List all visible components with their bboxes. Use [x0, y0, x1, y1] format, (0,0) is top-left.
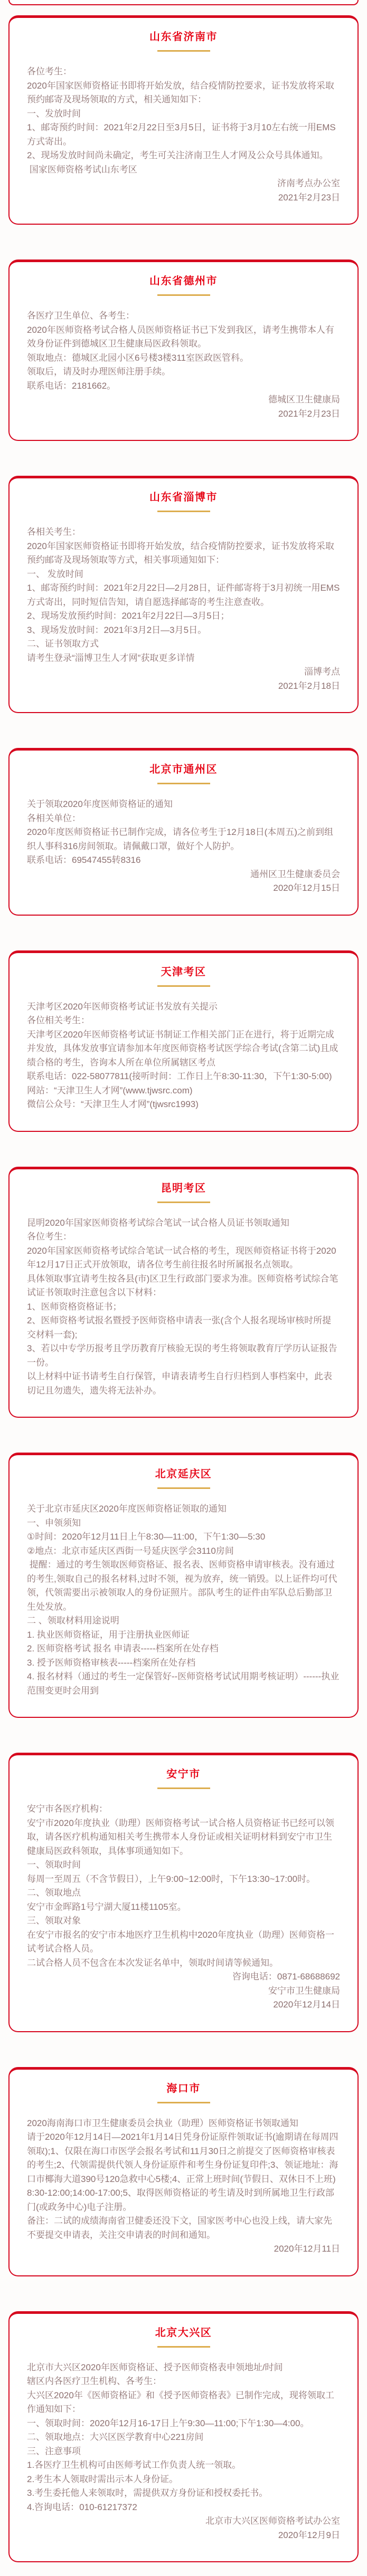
card-body: 北京市大兴区2020年医师资格证、授予医师资格表申领地址/时间辖区内各医疗卫生机… — [27, 2361, 340, 2543]
notice-paragraph: 关于北京市延庆区2020年度医师资格证领取的通知 — [27, 1502, 340, 1516]
notice-paragraph: 1、邮寄预约时间：2021年2月22日—2月28日，证件邮寄将于3月初统一用EM… — [27, 581, 340, 609]
notice-card: 山东省淄博市 各相关考生：2020年国家医师资格证书即将开始发放，结合疫情防控要… — [8, 476, 359, 713]
title-divider — [157, 294, 210, 296]
signature-line: 德城区卫生健康局 — [27, 393, 340, 407]
notice-paragraph: 2020年国家医师资格证书即将开始发放，结合疫情防控要求，证书发放将采取预约邮寄… — [27, 540, 340, 568]
signature-line: 2021年2月23日 — [27, 191, 340, 205]
notice-paragraph: 2、现场发放时间尚未确定，考生可关注济南卫生人才网及公众号具体通知。 — [27, 149, 340, 163]
title-divider — [157, 511, 210, 512]
title-divider — [157, 1487, 210, 1489]
notice-paragraph: 2020年国家医师资格考试综合笔试一试合格的考生，现医师资格证书将于2020年1… — [27, 1244, 340, 1272]
signature-line: 北京市大兴区医师资格考试办公室 — [27, 2514, 340, 2529]
notice-paragraph: 安宁市2020年度执业（助理）医师资格考试一试合格人员资格证书已经可以领取，请各… — [27, 1816, 340, 1859]
notice-paragraph: 领取地点：德城区北园小区6号楼3楼311室医政医管科。 — [27, 351, 340, 366]
notice-paragraph: 微信公众号：“天津卫生人才网”(tjwsrc1993) — [27, 1098, 340, 1112]
card-title: 北京延庆区 — [27, 1468, 340, 1481]
signature-line: 2020年12月9日 — [27, 2529, 340, 2543]
notice-paragraph: 二 、领取材料用途说明 — [27, 1614, 340, 1628]
notice-paragraph: 北京市大兴区2020年医师资格证、授予医师资格表申领地址/时间 — [27, 2361, 340, 2375]
card-title: 山东省济南市 — [27, 31, 340, 43]
notice-paragraph: 一、 发放时间 — [27, 568, 340, 582]
card-title: 昆明考区 — [27, 1182, 340, 1195]
notice-paragraph: 二、证书领取方式 — [27, 637, 340, 651]
notice-paragraph: 提醒：通过的考生领取医师资格证、报名表、医师资格申请审核表。没有通过的考生,领取… — [27, 1558, 340, 1614]
notice-card: 天津考区 天津考区2020年医师资格考试证书发放有关提示各位相关考生：天津考区2… — [8, 950, 359, 1132]
title-divider — [157, 783, 210, 784]
signature-line: 2021年2月23日 — [27, 407, 340, 421]
notice-paragraph: 1.各医疗卫生机构可由医师考试工作负责人统一领取。 — [27, 2458, 340, 2473]
notice-paragraph: 二试合格人员不包含在本次发证名单中，领取时间请等候通知。 — [27, 1956, 340, 1971]
notice-paragraph: 关于领取2020年度医师资格证的通知 — [27, 797, 340, 812]
card-body: 各位考生：2020年国家医师资格证书即将开始发放，结合疫情防控要求，证书发放将采… — [27, 65, 340, 205]
notice-card: 北京大兴区 北京市大兴区2020年医师资格证、授予医师资格表申领地址/时间辖区内… — [8, 2311, 359, 2563]
notice-paragraph: 昆明2020年国家医师资格考试综合笔试一试合格人员证书领取通知 — [27, 1216, 340, 1231]
card-body: 各相关考生：2020年国家医师资格证书即将开始发放，结合疫情防控要求，证书发放将… — [27, 525, 340, 693]
title-divider — [157, 2346, 210, 2348]
notice-paragraph: 联系电话：2181662。 — [27, 379, 340, 393]
cards-container: 山东省济南市 各位考生：2020年国家医师资格证书即将开始发放，结合疫情防控要求… — [0, 15, 367, 2562]
notice-paragraph: 4.咨询电话：010-61217372 — [27, 2501, 340, 2515]
notice-paragraph: 各相关单位： — [27, 812, 340, 826]
notice-paragraph: ②地点：北京市延庆区西街一号延庆医学会3110房间 — [27, 1544, 340, 1559]
card-body: 昆明2020年国家医师资格考试综合笔试一试合格人员证书领取通知各位考生：2020… — [27, 1216, 340, 1398]
notice-paragraph: 3. 授予医师资格审核表-----档案所在处存档 — [27, 1656, 340, 1670]
notice-paragraph: 三、领取对象 — [27, 1914, 340, 1928]
notice-paragraph: 各位考生： — [27, 65, 340, 79]
notice-paragraph: 一、领取时间 — [27, 1858, 340, 1872]
notice-card: 北京延庆区 关于北京市延庆区2020年度医师资格证领取的通知一、申领须知①时间：… — [8, 1453, 359, 1718]
signature-line: 通州区卫生健康委员会 — [27, 868, 340, 882]
card-body: 各医疗卫生单位、各考生：2020年医师资格考试合格人员医师资格证书已下发到我区，… — [27, 309, 340, 421]
notice-card: 安宁市 安宁市各医疗机构：安宁市2020年度执业（助理）医师资格考试一试合格人员… — [8, 1753, 359, 2032]
card-title: 山东省德州市 — [27, 275, 340, 287]
notice-paragraph: 2020年国家医师资格证书即将开始发放，结合疫情防控要求，证书发放将采取预约邮寄… — [27, 79, 340, 107]
notice-paragraph: 安宁市各医疗机构： — [27, 1802, 340, 1816]
signature-line: 2020年12月11日 — [27, 2242, 340, 2256]
notice-paragraph: 联系电话：022-58077811(接听时间：工作日上午8:30-11:30，下… — [27, 1070, 340, 1084]
notice-paragraph: 请考生登录“淄博卫生人才网”获取更多详情 — [27, 651, 340, 666]
notice-paragraph: 请于2020年12月14日—2021年1月14日凭身份证原件领取证书(逾期请在每… — [27, 2130, 340, 2214]
card-body: 关于领取2020年度医师资格证的通知各相关单位：2020年度医师资格证书已制作完… — [27, 797, 340, 896]
notice-paragraph: 各医疗卫生单位、各考生： — [27, 309, 340, 323]
card-body: 关于北京市延庆区2020年度医师资格证领取的通知一、申领须知①时间：2020年1… — [27, 1502, 340, 1698]
notice-paragraph: 4. 报名材料（通过的考生一定保管好--医师资格考试试用期考核证明）------… — [27, 1670, 340, 1698]
notice-paragraph: 网站：“天津卫生人才网”(www.tjwsrc.com) — [27, 1084, 340, 1098]
notice-paragraph: 各位相关考生： — [27, 1014, 340, 1028]
signature-line: 淄博考点 — [27, 665, 340, 679]
notice-card: 山东省德州市 各医疗卫生单位、各考生：2020年医师资格考试合格人员医师资格证书… — [8, 259, 359, 441]
card-title: 安宁市 — [27, 1768, 340, 1781]
notice-paragraph: 天津考区2020年医师资格考试证书发放有关提示 — [27, 1000, 340, 1014]
title-divider — [157, 1202, 210, 1203]
notice-paragraph: 1、邮寄预约时间：2021年2月22日至3月5日，证书将于3月10左右统一用EM… — [27, 121, 340, 149]
notice-page: 山东省济南市 各位考生：2020年国家医师资格证书即将开始发放，结合疫情防控要求… — [0, 0, 367, 2576]
notice-paragraph: 每周一至周五（不含节假日），上午9:00~12:00时，下午13:30~17:0… — [27, 1872, 340, 1887]
signature-line: 2021年2月18日 — [27, 679, 340, 694]
signature-line: 安宁市卫生健康局 — [27, 1984, 340, 1998]
card-body: 2020海南海口市卫生健康委员会执业（助理）医师资格证书领取通知请于2020年1… — [27, 2117, 340, 2256]
notice-paragraph: 2. 医师资格考试 报名 申请表-----档案所在处存档 — [27, 1642, 340, 1656]
signature-line: 2020年12月15日 — [27, 881, 340, 896]
notice-paragraph: 3.考生委托他人来领取时，需提供双方身份证和授权委托书。 — [27, 2486, 340, 2501]
notice-paragraph: 辖区内各医疗卫生机构、各考生： — [27, 2375, 340, 2389]
card-body: 天津考区2020年医师资格考试证书发放有关提示各位相关考生：天津考区2020年医… — [27, 1000, 340, 1112]
notice-card: 海口市 2020海南海口市卫生健康委员会执业（助理）医师资格证书领取通知请于20… — [8, 2067, 359, 2276]
notice-paragraph: 二、领取地点：大兴区医学教育中心221房间 — [27, 2430, 340, 2445]
notice-paragraph: 大兴区2020年《医师资格证》和《授予医师资格表》已制作完成，现将领取工作通知如… — [27, 2389, 340, 2417]
notice-paragraph: 各位考生： — [27, 1230, 340, 1244]
previous-card-bottom-edge — [8, 0, 359, 5]
notice-paragraph: 一、发放时间 — [27, 107, 340, 121]
notice-paragraph: 安宁市金晖路1号宁湖大厦11楼1105室。 — [27, 1900, 340, 1915]
notice-paragraph: 备注：二试的成绩海南省卫健委还没下文，国家医考中心也没上线，请大家先不要提交申请… — [27, 2214, 340, 2242]
notice-paragraph: 2020年医师资格考试合格人员医师资格证书已下发到我区，请考生携带本人有效身份证… — [27, 323, 340, 351]
notice-paragraph: 2020年度医师资格证书已制作完成，请各位考生于12月18日(本周五)之前到组织… — [27, 825, 340, 853]
notice-paragraph: 国家医师资格考试山东考区 — [27, 163, 340, 177]
title-divider — [157, 2102, 210, 2103]
notice-card: 山东省济南市 各位考生：2020年国家医师资格证书即将开始发放，结合疫情防控要求… — [8, 15, 359, 225]
title-divider — [157, 1787, 210, 1789]
notice-paragraph: 以上材料中证书请考生自行保管，申请表请考生自行归档到人事档案中，此表切记且勿遗失… — [27, 1370, 340, 1398]
notice-paragraph: 1、医师资格资格证书； — [27, 1300, 340, 1314]
card-title: 山东省淄博市 — [27, 491, 340, 504]
notice-paragraph: 一、领取时间：2020年12月16-17日上午9:30—11:00;下午1:30… — [27, 2417, 340, 2431]
notice-paragraph: 天津考区2020年医师资格考试证书制证工作相关部门正在进行，将于近期完成并发放，… — [27, 1028, 340, 1070]
card-title: 海口市 — [27, 2082, 340, 2095]
notice-paragraph: 1. 执业医师资格证，用于注册执业医师证 — [27, 1628, 340, 1642]
notice-paragraph: 2、医师资格考试报名暨授予医师资格申请表一张(含个人报名现场审核时所提交材料一套… — [27, 1314, 340, 1342]
card-body: 安宁市各医疗机构：安宁市2020年度执业（助理）医师资格考试一试合格人员资格证书… — [27, 1802, 340, 2012]
signature-line: 济南考点办公室 — [27, 177, 340, 191]
card-title: 天津考区 — [27, 966, 340, 978]
notice-paragraph: 2、现场发放预约时间：2021年2月22日—3月5日； — [27, 609, 340, 623]
title-divider — [157, 985, 210, 987]
card-title: 北京大兴区 — [27, 2327, 340, 2339]
notice-paragraph: 二、领取地点 — [27, 1886, 340, 1900]
notice-paragraph: 在安宁市报名的安宁市本地医疗卫生机构中2020年度执业（助理）医师资格一试考试合… — [27, 1928, 340, 1956]
notice-card: 北京市通州区 关于领取2020年度医师资格证的通知各相关单位：2020年度医师资… — [8, 748, 359, 916]
notice-paragraph: 具体领取事宜请考生按各县(市)区卫生行政部门要求为准。医师资格考试综合笔试证书领… — [27, 1272, 340, 1300]
notice-paragraph: 3、现场发放时间：2021年3月2日—3月5日。 — [27, 623, 340, 638]
title-divider — [157, 50, 210, 52]
notice-paragraph: 一、申领须知 — [27, 1516, 340, 1531]
notice-paragraph: 2.考生本人领取时需出示本人身份证。 — [27, 2473, 340, 2487]
notice-paragraph: 3、若以中专学历报考且学历教育厅核验无误的考生将领取教育厅学历认证报告一份。 — [27, 1342, 340, 1370]
notice-paragraph: ①时间：2020年12月11日上午8:30—11:00，下午1:30—5:30 — [27, 1530, 340, 1544]
notice-paragraph: 领取后，请及时办理医师注册手续。 — [27, 365, 340, 379]
notice-paragraph: 联系电话：69547455转8316 — [27, 853, 340, 868]
signature-line: 2020年12月14日 — [27, 1998, 340, 2012]
card-title: 北京市通州区 — [27, 763, 340, 776]
notice-paragraph: 2020海南海口市卫生健康委员会执业（助理）医师资格证书领取通知 — [27, 2117, 340, 2131]
notice-paragraph: 各相关考生： — [27, 525, 340, 540]
signature-line: 咨询电话：0871-68688692 — [27, 1970, 340, 1984]
notice-paragraph: 三、注意事项 — [27, 2445, 340, 2459]
notice-card: 昆明考区 昆明2020年国家医师资格考试综合笔试一试合格人员证书领取通知各位考生… — [8, 1167, 359, 1418]
